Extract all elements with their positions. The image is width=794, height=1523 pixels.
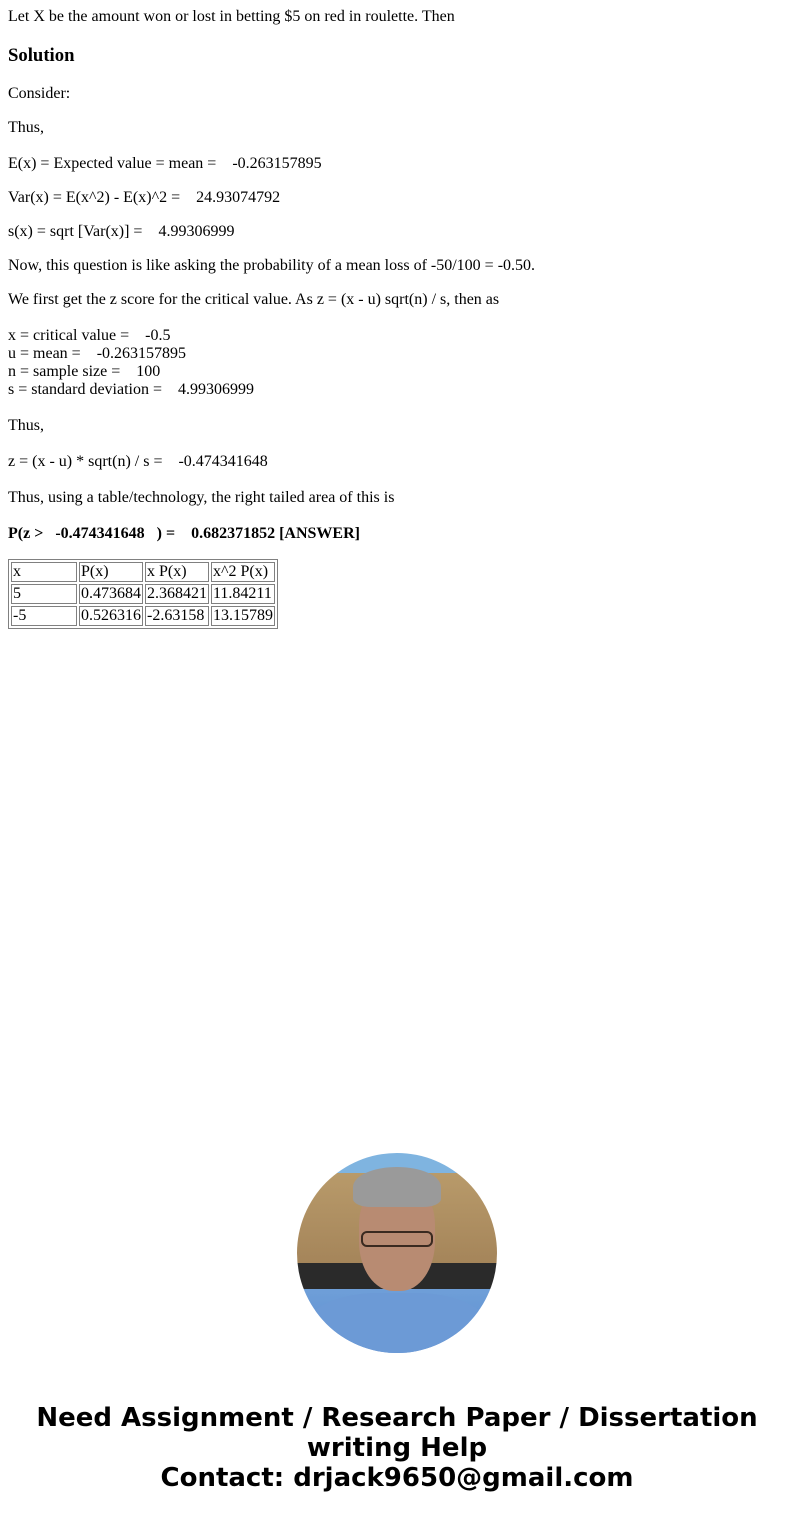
thus-text-1: Thus,	[8, 119, 44, 137]
probability-table: x P(x) x P(x) x^2 P(x) 5 0.473684 2.3684…	[8, 559, 278, 629]
now-line: Now, this question is like asking the pr…	[8, 257, 535, 275]
table-row: 5 0.473684 2.368421 11.84211	[11, 584, 275, 604]
solution-heading: Solution	[8, 45, 74, 67]
avatar-glasses	[361, 1231, 433, 1247]
table-intro-line: Thus, using a table/technology, the righ…	[8, 489, 394, 507]
table-cell: -2.63158	[145, 606, 209, 626]
param-mean: u = mean = -0.263157895	[8, 345, 254, 363]
table-header-cell: x^2 P(x)	[211, 562, 275, 582]
answer-line: P(z > -0.474341648 ) = 0.682371852 [ANSW…	[8, 525, 360, 543]
table-cell: 11.84211	[211, 584, 275, 604]
banner-contact-line: Contact: drjack9650@gmail.com	[0, 1463, 794, 1493]
parameter-list: x = critical value = -0.5 u = mean = -0.…	[8, 327, 254, 399]
consider-text: Consider:	[8, 85, 70, 103]
table-header-cell: P(x)	[79, 562, 143, 582]
table-row: -5 0.526316 -2.63158 13.15789	[11, 606, 275, 626]
param-sample-size: n = sample size = 100	[8, 363, 254, 381]
table-header-cell: x P(x)	[145, 562, 209, 582]
author-avatar	[297, 1153, 497, 1353]
question-text: Let X be the amount won or lost in betti…	[8, 8, 455, 26]
table-header-row: x P(x) x P(x) x^2 P(x)	[11, 562, 275, 582]
variance-line: Var(x) = E(x^2) - E(x)^2 = 24.93074792	[8, 189, 280, 207]
zscore-intro: We first get the z score for the critica…	[8, 291, 499, 309]
std-dev-line: s(x) = sqrt [Var(x)] = 4.99306999	[8, 223, 234, 241]
thus-text-2: Thus,	[8, 417, 44, 435]
z-result-line: z = (x - u) * sqrt(n) / s = -0.474341648	[8, 453, 268, 471]
expected-value-line: E(x) = Expected value = mean = -0.263157…	[8, 155, 322, 173]
param-critical-value: x = critical value = -0.5	[8, 327, 254, 345]
table-cell: 2.368421	[145, 584, 209, 604]
avatar-shirt	[307, 1293, 487, 1353]
banner-line-2: writing Help	[0, 1433, 794, 1463]
contact-banner: Need Assignment / Research Paper / Disse…	[0, 1403, 794, 1493]
avatar-hair	[353, 1167, 441, 1207]
table-cell: 0.473684	[79, 584, 143, 604]
table-cell: -5	[11, 606, 77, 626]
banner-line-1: Need Assignment / Research Paper / Disse…	[0, 1403, 794, 1433]
table-cell: 13.15789	[211, 606, 275, 626]
table-cell: 5	[11, 584, 77, 604]
table-cell: 0.526316	[79, 606, 143, 626]
table-header-cell: x	[11, 562, 77, 582]
param-std-dev: s = standard deviation = 4.99306999	[8, 381, 254, 399]
